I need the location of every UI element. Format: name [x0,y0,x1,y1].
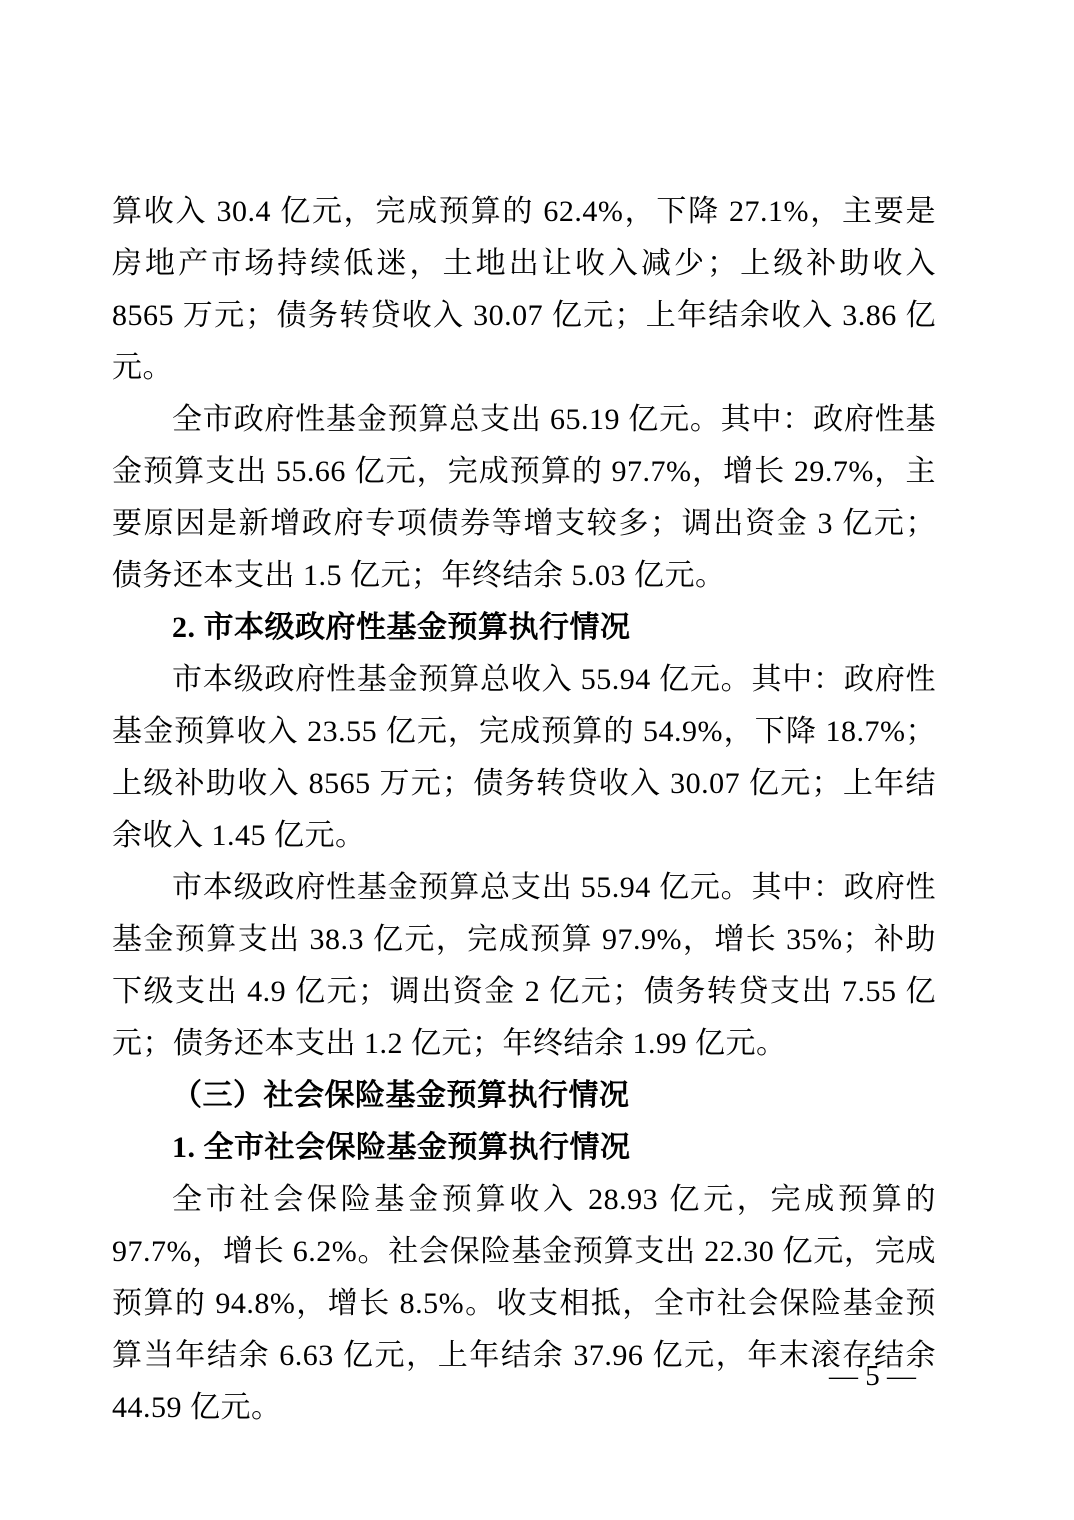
paragraph-citywide-govfund-expenditure: 全市政府性基金预算总支出 65.19 亿元。其中：政府性基金预算支出 55.66… [112,394,936,602]
paragraph-municipal-govfund-expenditure: 市本级政府性基金预算总支出 55.94 亿元。其中：政府性基金预算支出 38.3… [112,862,936,1070]
paragraph-citywide-govfund-revenue-continued: 算收入 30.4 亿元，完成预算的 62.4%，下降 27.1%，主要是房地产市… [112,186,936,394]
heading-citywide-social-insurance-fund: 1. 全市社会保险基金预算执行情况 [112,1122,936,1174]
paragraph-municipal-govfund-revenue: 市本级政府性基金预算总收入 55.94 亿元。其中：政府性基金预算收入 23.5… [112,654,936,862]
paragraph-citywide-social-insurance-fund: 全市社会保险基金预算收入 28.93 亿元，完成预算的 97.7%，增长 6.2… [112,1174,936,1434]
document-page: 算收入 30.4 亿元，完成预算的 62.4%，下降 27.1%，主要是房地产市… [0,0,1074,1520]
document-body: 算收入 30.4 亿元，完成预算的 62.4%，下降 27.1%，主要是房地产市… [112,186,936,1434]
heading-municipal-govfund-budget: 2. 市本级政府性基金预算执行情况 [112,602,936,654]
page-number: — 5 — [829,1356,916,1396]
heading-social-insurance-fund-section: （三）社会保险基金预算执行情况 [112,1070,936,1122]
